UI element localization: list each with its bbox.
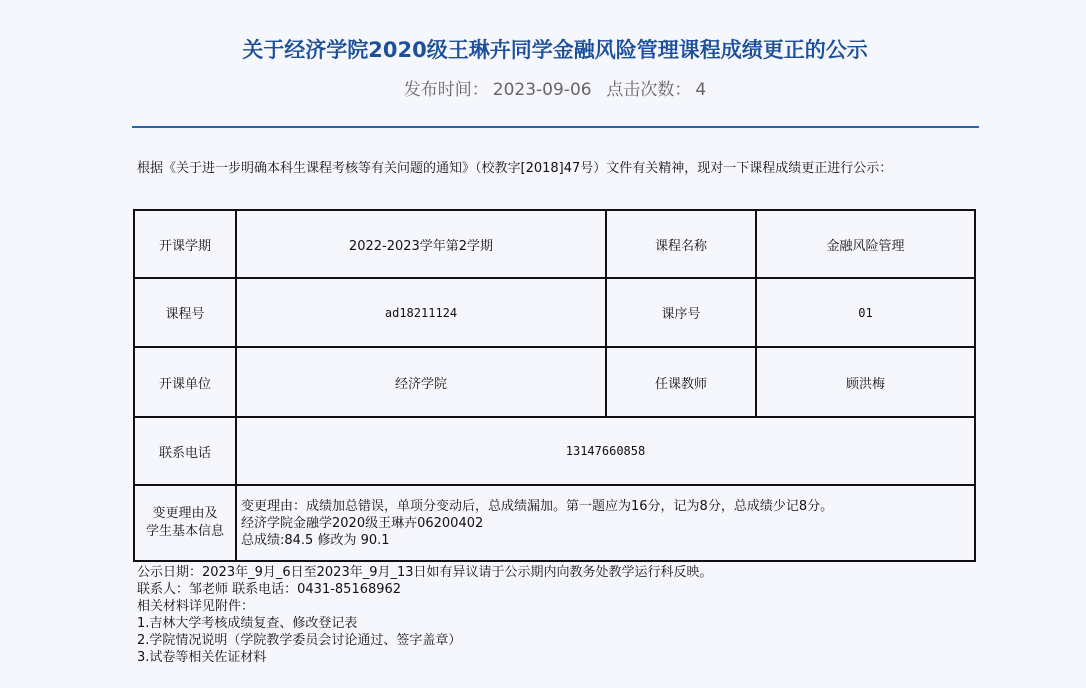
cell-label: 任课教师 bbox=[606, 347, 756, 417]
table-row: 开课学期 2022-2023学年第2学期 课程名称 金融风险管理 bbox=[134, 210, 975, 278]
reason-line: 变更理由：成绩加总错误，单项分变动后，总成绩漏加。第一题应为16分，记为8分，总… bbox=[241, 498, 970, 515]
table-row: 变更理由及 学生基本信息 变更理由：成绩加总错误，单项分变动后，总成绩漏加。第一… bbox=[134, 485, 975, 561]
cell-label: 开课单位 bbox=[134, 347, 236, 417]
footer-notes: 公示日期：2023年_9月_6日至2023年_9月_13日如有异议请于公示期内向… bbox=[137, 564, 713, 666]
cell-label: 联系电话 bbox=[134, 417, 236, 485]
cell-label: 课程名称 bbox=[606, 210, 756, 278]
cell-value: 2022-2023学年第2学期 bbox=[236, 210, 606, 278]
cell-value: ad18211124 bbox=[236, 278, 606, 347]
cell-value: 金融风险管理 bbox=[756, 210, 975, 278]
cell-label: 变更理由及 学生基本信息 bbox=[134, 485, 236, 561]
attachments-heading: 相关材料详见附件： bbox=[137, 598, 713, 615]
intro-paragraph: 根据《关于进一步明确本科生课程考核等有关问题的通知》（校教字[2018]47号）… bbox=[137, 160, 979, 178]
attachment-item: 3.试卷等相关佐证材料 bbox=[137, 649, 713, 666]
clicks-label: 点击次数： bbox=[606, 80, 691, 100]
cell-value: 01 bbox=[756, 278, 975, 347]
table-row: 开课单位 经济学院 任课教师 顾洪梅 bbox=[134, 347, 975, 417]
contact-info: 联系人：邹老师 联系电话：0431-85168962 bbox=[137, 581, 713, 598]
cell-label: 开课学期 bbox=[134, 210, 236, 278]
title-separator bbox=[132, 126, 979, 128]
grade-change-line: 总成绩:84.5 修改为 90.1 bbox=[241, 532, 970, 549]
student-info-line: 经济学院金融学2020级王琳卉06200402 bbox=[241, 515, 970, 532]
cell-value: 顾洪梅 bbox=[756, 347, 975, 417]
reason-details: 变更理由：成绩加总错误，单项分变动后，总成绩漏加。第一题应为16分，记为8分，总… bbox=[236, 485, 975, 561]
grade-correction-table: 开课学期 2022-2023学年第2学期 课程名称 金融风险管理 课程号 ad1… bbox=[133, 209, 976, 562]
click-count: 4 bbox=[695, 80, 706, 100]
reason-label-line: 变更理由及 bbox=[135, 505, 235, 523]
cell-value: 13147660858 bbox=[236, 417, 975, 485]
publish-label: 发布时间： bbox=[404, 80, 489, 100]
publish-date: 2023-09-06 bbox=[493, 80, 592, 100]
article-body: 根据《关于进一步明确本科生课程考核等有关问题的通知》（校教字[2018]47号）… bbox=[137, 160, 979, 178]
attachment-item: 2.学院情况说明（学院教学委员会讨论通过、签字盖章） bbox=[137, 632, 713, 649]
notice-period: 公示日期：2023年_9月_6日至2023年_9月_13日如有异议请于公示期内向… bbox=[137, 564, 713, 581]
table-row: 课程号 ad18211124 课序号 01 bbox=[134, 278, 975, 347]
cell-value: 经济学院 bbox=[236, 347, 606, 417]
reason-label-line: 学生基本信息 bbox=[135, 523, 235, 541]
attachment-item: 1.吉林大学考核成绩复查、修改登记表 bbox=[137, 615, 713, 632]
table-row: 联系电话 13147660858 bbox=[134, 417, 975, 485]
cell-label: 课序号 bbox=[606, 278, 756, 347]
publish-meta: 发布时间：2023-09-06 点击次数：4 bbox=[0, 75, 1086, 100]
article-title: 关于经济学院2020级王琳卉同学金融风险管理课程成绩更正的公示 bbox=[0, 34, 1086, 64]
cell-label: 课程号 bbox=[134, 278, 236, 347]
